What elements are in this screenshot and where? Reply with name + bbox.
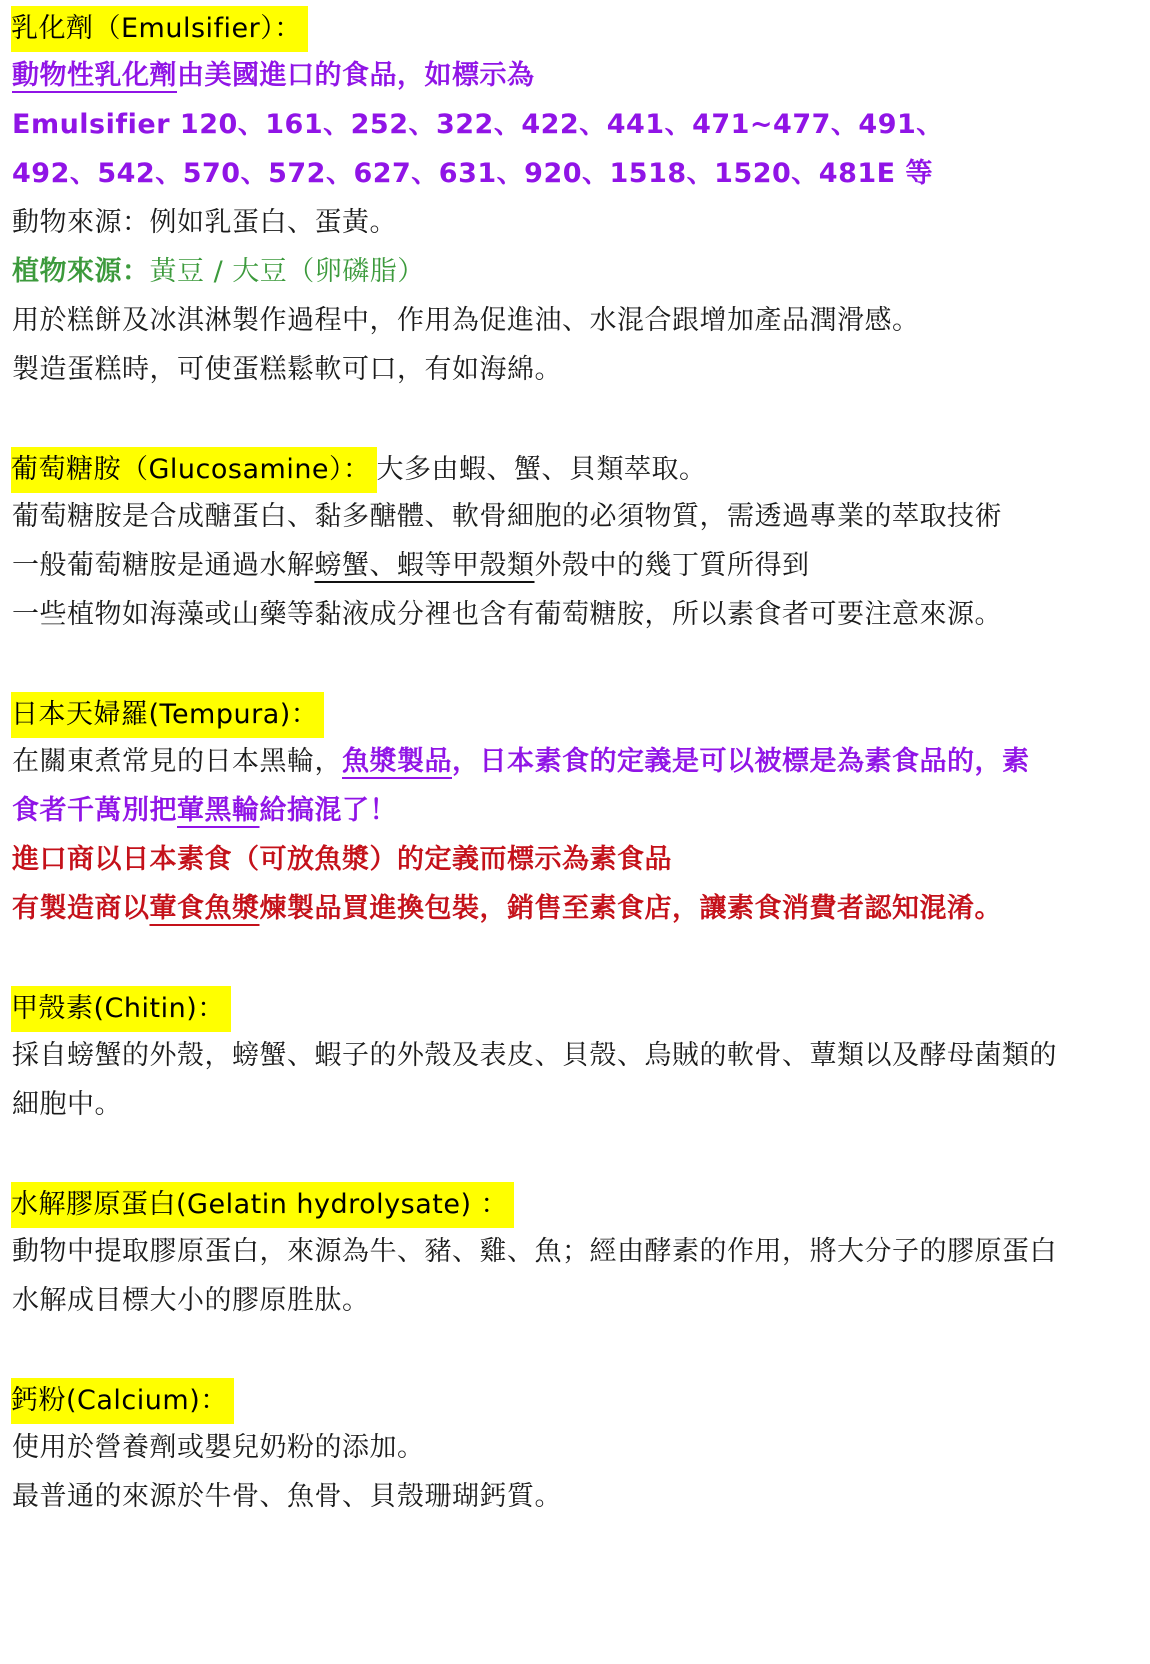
calcium-line-2: 最普通的來源於牛骨、魚骨、貝殼珊瑚鈣質。	[12, 1477, 562, 1517]
crustacean-term: 螃蟹、蝦等甲殼類	[315, 550, 535, 581]
gelatin-heading: 水解膠原蛋白(Gelatin hydrolysate) ：	[11, 1182, 514, 1228]
animal-emulsifier-term: 動物性乳化劑	[12, 60, 177, 91]
glucosamine-line-2-prefix: 一般葡萄糖胺是通過水解	[12, 550, 315, 581]
glucosamine-line-2-suffix: 外殼中的幾丁質所得到	[535, 550, 810, 581]
calcium-heading-line: 鈣粉(Calcium)：	[12, 1378, 234, 1418]
tempura-line-1-suffix: ，日本素食的定義是可以被標是為素食品的，素	[452, 746, 1030, 777]
gelatin-line-2: 水解成目標大小的膠原胜肽。	[12, 1281, 370, 1321]
plant-source-value: 黃豆 / 大豆（卵磷脂）	[150, 256, 425, 287]
gelatin-line-1: 動物中提取膠原蛋白，來源為牛、豬、雞、魚；經由酵素的作用，將大分子的膠原蛋白	[12, 1232, 1057, 1272]
tempura-heading-line: 日本天婦羅(Tempura)：	[12, 692, 324, 732]
emulsifier-plant-source: 植物來源：黃豆 / 大豆（卵磷脂）	[12, 252, 425, 292]
emulsifier-effect: 製造蛋糕時，可使蛋糕鬆軟可口，有如海綿。	[12, 350, 562, 390]
glucosamine-line-2: 一般葡萄糖胺是通過水解螃蟹、蝦等甲殼類外殼中的幾丁質所得到	[12, 546, 810, 586]
emulsifier-codes-line-2: 492、542、570、572、627、631、920、1518、1520、48…	[12, 154, 933, 194]
emulsifier-line-1-rest: 由美國進口的食品，如標示為	[177, 60, 535, 91]
emulsifier-heading-line: 乳化劑（Emulsifier）：	[12, 6, 308, 46]
calcium-heading: 鈣粉(Calcium)：	[11, 1378, 234, 1424]
tempura-line-1-prefix: 在關東煮常見的日本黑輪，	[12, 746, 342, 777]
chitin-line-1: 採自螃蟹的外殼，螃蟹、蝦子的外殼及表皮、貝殼、烏賊的軟骨、蕈類以及酵母菌類的	[12, 1036, 1057, 1076]
emulsifier-codes-line-1: Emulsifier 120、161、252、322、422、441、471~4…	[12, 105, 944, 145]
emulsifier-line-1: 動物性乳化劑由美國進口的食品，如標示為	[12, 56, 535, 96]
chitin-line-2: 細胞中。	[12, 1085, 122, 1125]
calcium-line-1: 使用於營養劑或嬰兒奶粉的添加。	[12, 1428, 425, 1468]
tempura-heading: 日本天婦羅(Tempura)：	[11, 692, 324, 738]
tempura-line-2-prefix: 食者千萬別把	[12, 795, 177, 826]
tempura-line-2: 食者千萬別把葷黑輪給搞混了！	[12, 791, 397, 831]
glucosamine-heading: 葡萄糖胺（Glucosamine）：	[11, 447, 377, 493]
tempura-line-4-prefix: 有製造商以	[12, 893, 150, 924]
glucosamine-line-1: 葡萄糖胺是合成醣蛋白、黏多醣體、軟骨細胞的必須物質，需透過專業的萃取技術	[12, 497, 1002, 537]
fish-paste-term: 魚漿製品	[342, 746, 452, 777]
tempura-line-1: 在關東煮常見的日本黑輪，魚漿製品，日本素食的定義是可以被標是為素食品的，素	[12, 742, 1030, 782]
chitin-heading-line: 甲殼素(Chitin)：	[12, 986, 231, 1026]
nonveg-fish-paste-term: 葷食魚漿	[150, 893, 260, 924]
glucosamine-heading-suffix: 大多由蝦、蟹、貝類萃取。	[377, 454, 707, 485]
glucosamine-line-3: 一些植物如海藻或山藥等黏液成分裡也含有葡萄糖胺，所以素食者可要注意來源。	[12, 595, 1002, 635]
document-page: 乳化劑（Emulsifier）： 動物性乳化劑由美國進口的食品，如標示為 Emu…	[0, 0, 1150, 1664]
tempura-line-4-suffix: 煉製品買進換包裝，銷售至素食店，讓素食消費者認知混淆。	[260, 893, 1003, 924]
emulsifier-animal-source: 動物來源：例如乳蛋白、蛋黃。	[12, 203, 397, 243]
meat-oden-term: 葷黑輪	[177, 795, 260, 826]
tempura-line-4: 有製造商以葷食魚漿煉製品買進換包裝，銷售至素食店，讓素食消費者認知混淆。	[12, 889, 1002, 929]
tempura-line-3: 進口商以日本素食（可放魚漿）的定義而標示為素食品	[12, 840, 672, 880]
glucosamine-heading-line: 葡萄糖胺（Glucosamine）：大多由蝦、蟹、貝類萃取。	[12, 447, 707, 487]
emulsifier-usage: 用於糕餅及冰淇淋製作過程中，作用為促進油、水混合跟增加產品潤滑感。	[12, 301, 920, 341]
emulsifier-heading: 乳化劑（Emulsifier）：	[11, 6, 308, 52]
plant-source-label: 植物來源：	[12, 256, 150, 287]
chitin-heading: 甲殼素(Chitin)：	[11, 986, 231, 1032]
gelatin-heading-line: 水解膠原蛋白(Gelatin hydrolysate) ：	[12, 1182, 514, 1222]
tempura-line-2-suffix: 給搞混了！	[260, 795, 398, 826]
